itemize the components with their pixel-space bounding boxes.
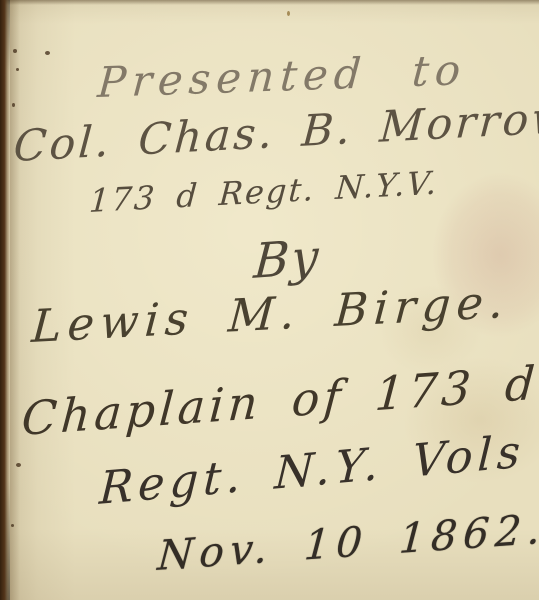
book-binding-edge — [0, 0, 10, 600]
line-by: By — [252, 229, 322, 290]
foxing-speck — [11, 524, 14, 527]
foxing-speck — [12, 103, 15, 107]
line-presented-to: Presented to — [96, 45, 468, 107]
line-recipient-regiment: 173 d Regt. N.Y.V. — [88, 164, 440, 220]
line-date: Nov. 10 1862. — [156, 504, 539, 580]
binding-shadow — [10, 0, 20, 600]
line-giver-regiment: Regt. N.Y. Vols — [98, 424, 526, 515]
book-page-photo: Presented to Col. Chas. B. Morrow 173 d … — [0, 0, 539, 600]
foxing-speck — [16, 68, 19, 71]
foxing-speck — [16, 463, 21, 467]
line-recipient-name: Col. Chas. B. Morrow — [12, 93, 539, 172]
foxing-speck — [287, 11, 290, 16]
foxing-speck — [13, 49, 17, 53]
line-giver-name: Lewis M. Birge. — [30, 275, 511, 353]
page-top-edge — [0, 0, 539, 5]
foxing-speck — [45, 51, 50, 55]
